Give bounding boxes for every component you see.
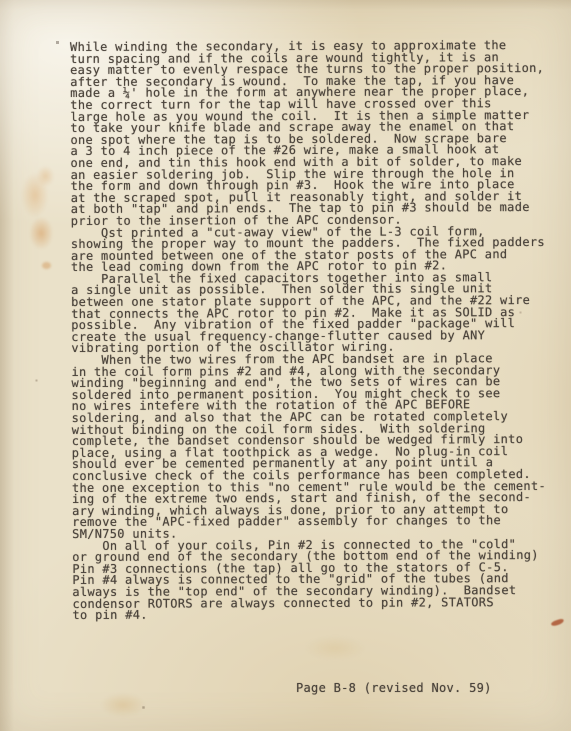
page-footer: Page B-8 (revised Nov. 59) (296, 681, 492, 695)
paper-stain-mid-bottom (290, 628, 380, 668)
scanned-typewritten-page: While winding the secondary, it is easy … (0, 0, 571, 731)
paper-stain-left (16, 162, 58, 257)
typewritten-body-text: While winding the secondary, it is easy … (70, 40, 547, 622)
paper-stain-dot (42, 262, 51, 269)
paper-stain-bottom (88, 686, 158, 724)
paper-specks (0, 0, 1, 1)
red-ink-mark (551, 618, 565, 627)
text-layer: While winding the secondary, it is easy … (70, 40, 547, 622)
